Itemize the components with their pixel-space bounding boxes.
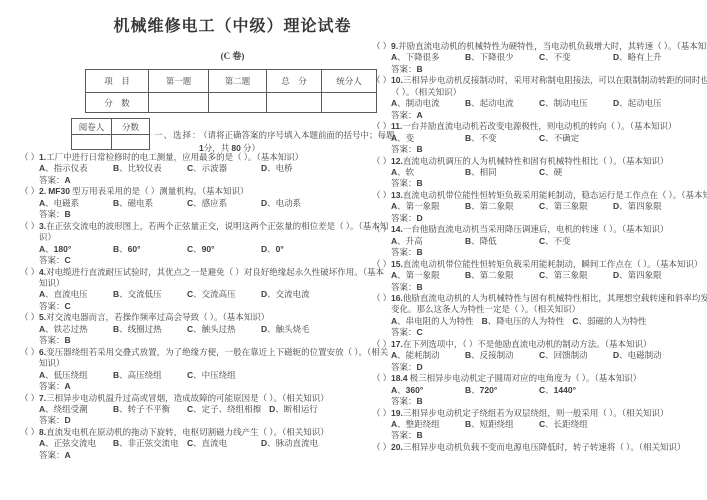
question-text: 7.三相异步电动机温升过高或冒烟，造成故障的可能原因是（ ）。（相关知识） <box>39 393 392 404</box>
option: D、触头烧毛 <box>261 324 327 335</box>
question-text: 16.他励直流电动机的人为机械特性与固有机械特性相比，其理想空载转速和斜率均发生… <box>391 293 707 316</box>
question-options: A、能耗制动B、反接制动C、回馈制动D、电磁制动 <box>391 350 707 361</box>
question-options: A、第一象限B、第二象限C、第三象限D、第四象限 <box>391 270 707 281</box>
question: （ ） 1.工厂中进行日常检修时的电工测量，应用最多的是（ ）。（基本知识） A… <box>20 152 392 186</box>
question-text: 17.在下列选项中，（ ）不是他励直流电动机的制动方法。（基本知识） <box>391 339 707 350</box>
score-cell-total <box>267 93 322 113</box>
grader-table-values-row <box>72 135 150 150</box>
score-row-label: 分 数 <box>86 93 149 113</box>
answer-bracket: （ ） <box>20 152 39 163</box>
question-answer: 答案：B <box>391 178 707 189</box>
question-options: A、电磁系B、磁电系C、感应系D、电动系 <box>39 198 392 209</box>
answer-bracket: （ ） <box>20 221 39 232</box>
option: A、整距绕组 <box>391 419 457 430</box>
question-text: 6.变压器绕组若采用交叠式放置，为了绝缘方便，一般在靠近上下磁轭的位置安放（ ）… <box>39 347 392 370</box>
answer-bracket: （ ） <box>372 408 391 419</box>
question-text: 14.一台他励直流电动机当采用降压调速后，电机的转速（ ）。（基本知识） <box>391 224 707 235</box>
question: （ ） 11.一台并励直流电动机若改变电源极性，则电动机的转向（ ）。（基本知识… <box>372 121 707 155</box>
question-text: 15.直流电动机带位能性恒转矩负载采用能耗制动，瞬间工作点在（ ）。（基本知识） <box>391 259 707 270</box>
score-header-item: 项 目 <box>86 70 149 93</box>
option: B、第二象限 <box>465 270 531 281</box>
option: A、直流电压 <box>39 289 105 300</box>
question-options: A、直流电压B、交流低压C、交流高压D、交流电流 <box>39 289 392 300</box>
question-text: 12.直流电动机调压的人为机械特性和固有机械特性相比（ ）。（基本知识） <box>391 156 707 167</box>
option: D、0° <box>261 244 327 255</box>
option: B、磁电系 <box>113 198 179 209</box>
option: A、铁芯过热 <box>39 324 105 335</box>
option: A、制动电流 <box>391 98 457 109</box>
answer-bracket: （ ） <box>372 156 391 167</box>
score-table-header-row: 项 目 第一题 第二题 总 分 统分人 <box>86 70 377 93</box>
question-options: A、180°B、60°C、90°D、0° <box>39 244 392 255</box>
option: C、感应系 <box>187 198 253 209</box>
option: A、360° <box>391 385 457 396</box>
question: （ ） 20.三相异步电动机负载不变而电源电压降低时，转子转速将（ ）。（相关知… <box>372 442 707 453</box>
option: B、反接制动 <box>465 350 531 361</box>
question-text: 9.并励直流电动机的机械特性为硬特性，当电动机负载增大时，其转速（ ）。（基本知… <box>391 41 707 52</box>
grader-cell-score <box>112 135 150 150</box>
option: C、硬 <box>539 167 605 178</box>
answer-bracket: （ ） <box>372 259 391 270</box>
question-answer: 答案：B <box>391 64 707 75</box>
question: （ ） 14.一台他励直流电动机当采用降压调速后，电机的转速（ ）。（基本知识）… <box>372 224 707 258</box>
option: A、串电阻的人为特性 <box>391 316 474 327</box>
option: A、电磁系 <box>39 198 105 209</box>
question: （ ） 3.在正弦交流电的波形图上，若两个正弦量正交，说明这两个正弦量的相位差是… <box>20 221 392 267</box>
question-text: 1.工厂中进行日常检修时的电工测量，应用最多的是（ ）。（基本知识） <box>39 152 392 163</box>
answer-bracket: （ ） <box>20 186 39 197</box>
answer-bracket: （ ） <box>20 347 39 358</box>
question-text: 13.直流电动机带位能性恒转矩负载采用能耗制动，稳态运行是工作点在（ ）。（基本… <box>391 190 707 201</box>
option: D、断相运行 <box>269 404 335 415</box>
question-text: 10.三相异步电动机反接制动时，采用对称制电阻接法，可以在限制制动转距的同时也限… <box>391 75 707 98</box>
question: （ ） 4.对电缆进行直流耐压试验时，其优点之一是避免（ ）对良好绝缘起永久性破… <box>20 267 392 313</box>
option: C、弱磁的人为特性 <box>572 316 646 327</box>
question-answer: 答案：B <box>391 396 707 407</box>
question-options: A、铁芯过热B、线圈过热C、触头过热D、触头烧毛 <box>39 324 392 335</box>
option: B、60° <box>113 244 179 255</box>
option: C、不变 <box>539 52 605 63</box>
question-answer: 答案：A <box>39 175 392 186</box>
question-options: A、整距绕组B、短距绕组C、长距绕组 <box>391 419 707 430</box>
option: B、非正弦交流电 <box>113 438 179 449</box>
question-options: A、串电阻的人为特性B、降电压的人为特性C、弱磁的人为特性 <box>391 316 707 327</box>
question-options: A、第一象限B、第二象限C、第三象限D、第四象限 <box>391 201 707 212</box>
answer-bracket: （ ） <box>372 293 391 304</box>
option: D、交流电流 <box>261 289 327 300</box>
answer-bracket: （ ） <box>372 442 391 453</box>
section-label: 一、选择： <box>154 129 202 141</box>
score-cell-grader <box>322 93 377 113</box>
score-header-q1: 第一题 <box>149 70 209 93</box>
score-cell-q1 <box>149 93 209 113</box>
score-header-grader: 统分人 <box>322 70 377 93</box>
option: C、示波器 <box>187 163 253 174</box>
option: A、绕组受潮 <box>39 404 105 415</box>
question-text: 19.三相异步电动机定子绕组若为双层绕组，则一般采用（ ）。（相关知识） <box>391 408 707 419</box>
option: C、定子、绕组相擦 <box>187 404 261 415</box>
score-header-total: 总 分 <box>267 70 322 93</box>
option: D、第四象限 <box>613 201 679 212</box>
answer-bracket: （ ） <box>372 224 391 235</box>
question: （ ） 18.4 极三相异步电动机定子圆周对应的电角度为（ ）。（基本知识） A… <box>372 373 707 407</box>
answer-bracket: （ ） <box>372 339 391 350</box>
option: A、下降很多 <box>391 52 457 63</box>
option: B、第二象限 <box>465 201 531 212</box>
question-options: A、绕组受潮B、转子不平衡C、定子、绕组相擦D、断相运行 <box>39 404 392 415</box>
question-text: 11.一台并励直流电动机若改变电源极性，则电动机的转向（ ）。（基本知识） <box>391 121 707 132</box>
question-answer: 答案：D <box>391 362 707 373</box>
question-options: A、指示仪表B、比较仪表C、示波器D、电桥 <box>39 163 392 174</box>
option: C、第三象限 <box>539 270 605 281</box>
answer-bracket: （ ） <box>20 427 39 438</box>
question-options: A、360°B、720°C、1440° <box>391 385 707 396</box>
option: C、直流电 <box>187 438 253 449</box>
question-options: A、软B、相同C、硬 <box>391 167 707 178</box>
answer-bracket: （ ） <box>20 312 39 323</box>
question-answer: 答案：B <box>391 247 707 258</box>
option: B、相同 <box>465 167 531 178</box>
score-table-values-row: 分 数 <box>86 93 377 113</box>
option: C、90° <box>187 244 253 255</box>
option: A、正弦交流电 <box>39 438 105 449</box>
option: B、转子不平衡 <box>113 404 179 415</box>
question-answer: 答案：B <box>391 144 707 155</box>
option: B、高压绕组 <box>113 370 179 381</box>
question: （ ） 7.三相异步电动机温升过高或冒烟，造成故障的可能原因是（ ）。（相关知识… <box>20 393 392 427</box>
answer-bracket: （ ） <box>372 373 391 384</box>
option: C、制动电压 <box>539 98 605 109</box>
question: （ ） 16.他励直流电动机的人为机械特性与固有机械特性相比，其理想空载转速和斜… <box>372 293 707 339</box>
question-options: A、变B、不变C、不确定 <box>391 133 707 144</box>
question-options: A、制动电流B、起动电流C、制动电压D、起动电压 <box>391 98 707 109</box>
question-options: A、正弦交流电B、非正弦交流电C、直流电D、脉动直流电 <box>39 438 392 449</box>
option: B、交流低压 <box>113 289 179 300</box>
page-title: 机械维修电工（中级）理论试卷 <box>0 13 465 36</box>
answer-bracket: （ ） <box>372 121 391 132</box>
option: C、不确定 <box>539 133 605 144</box>
option: D、起动电压 <box>613 98 679 109</box>
grader-cell-reviewer <box>72 135 112 150</box>
answer-bracket: （ ） <box>372 75 391 86</box>
option: B、比较仪表 <box>113 163 179 174</box>
option: B、线圈过热 <box>113 324 179 335</box>
option: D、脉动直流电 <box>261 438 327 449</box>
option: C、第三象限 <box>539 201 605 212</box>
question-answer: 答案：C <box>39 301 392 312</box>
answer-bracket: （ ） <box>20 267 39 278</box>
question-answer: 答案：C <box>391 327 707 338</box>
question-text: 5.对交流电器而言，若操作频率过高会导致（ ）。（基本知识） <box>39 312 392 323</box>
question: （ ） 19.三相异步电动机定子绕组若为双层绕组，则一般采用（ ）。（相关知识）… <box>372 408 707 442</box>
option: B、720° <box>465 385 531 396</box>
option: C、交流高压 <box>187 289 253 300</box>
question: （ ） 12.直流电动机调压的人为机械特性和固有机械特性相比（ ）。（基本知识）… <box>372 156 707 190</box>
option: D、略有上升 <box>613 52 679 63</box>
question: （ ） 2. MF30 型万用表采用的是（ ）测量机构。（基本知识） A、电磁系… <box>20 186 392 220</box>
question-answer: 答案：C <box>39 255 392 266</box>
option: C、1440° <box>539 385 605 396</box>
option: D、第四象限 <box>613 270 679 281</box>
question: （ ） 6.变压器绕组若采用交叠式放置，为了绝缘方便，一般在靠近上下磁轭的位置安… <box>20 347 392 393</box>
option: C、触头过热 <box>187 324 253 335</box>
option: B、起动电流 <box>465 98 531 109</box>
option: C、长距绕组 <box>539 419 605 430</box>
question-options: A、升高B、降低C、不变 <box>391 236 707 247</box>
option: A、指示仪表 <box>39 163 105 174</box>
option: D、电桥 <box>261 163 327 174</box>
option: D、电动系 <box>261 198 327 209</box>
question-answer: 答案：A <box>39 381 392 392</box>
option: A、软 <box>391 167 457 178</box>
question-answer: 答案：A <box>391 110 707 121</box>
question-answer: 答案：D <box>39 415 392 426</box>
option: A、升高 <box>391 236 457 247</box>
question: （ ） 5.对交流电器而言，若操作频率过高会导致（ ）。（基本知识） A、铁芯过… <box>20 312 392 346</box>
question: （ ） 17.在下列选项中，（ ）不是他励直流电动机的制动方法。（基本知识） A… <box>372 339 707 373</box>
answer-bracket: （ ） <box>20 393 39 404</box>
score-cell-q2 <box>209 93 267 113</box>
question-options: A、下降很多B、下降很少C、不变D、略有上升 <box>391 52 707 63</box>
score-header-q2: 第二题 <box>209 70 267 93</box>
question: （ ） 9.并励直流电动机的机械特性为硬特性，当电动机负载增大时，其转速（ ）。… <box>372 41 707 75</box>
option: A、能耗制动 <box>391 350 457 361</box>
answer-bracket: （ ） <box>372 190 391 201</box>
questions-column-right: （ ） 9.并励直流电动机的机械特性为硬特性，当电动机负载增大时，其转速（ ）。… <box>372 41 707 453</box>
option: C、不变 <box>539 236 605 247</box>
option: B、短距绕组 <box>465 419 531 430</box>
questions-column-left: （ ） 1.工厂中进行日常检修时的电工测量，应用最多的是（ ）。（基本知识） A… <box>20 152 392 461</box>
question-list-right: （ ） 9.并励直流电动机的机械特性为硬特性，当电动机负载增大时，其转速（ ）。… <box>372 41 707 453</box>
option: B、降低 <box>465 236 531 247</box>
question-options: A、低压绕组B、高压绕组C、中压绕组 <box>39 370 392 381</box>
question: （ ） 15.直流电动机带位能性恒转矩负载采用能耗制动，瞬间工作点在（ ）。（基… <box>372 259 707 293</box>
question-answer: 答案：B <box>391 282 707 293</box>
question-text: 18.4 极三相异步电动机定子圆周对应的电角度为（ ）。（基本知识） <box>391 373 707 384</box>
option: B、下降很少 <box>465 52 531 63</box>
option: B、不变 <box>465 133 531 144</box>
grader-table: 阅卷人 分数 <box>71 118 150 150</box>
question-answer: 答案：B <box>39 335 392 346</box>
question-answer: 答案：B <box>391 430 707 441</box>
option: A、低压绕组 <box>39 370 105 381</box>
question-answer: 答案：D <box>391 213 707 224</box>
question-text: 2. MF30 型万用表采用的是（ ）测量机构。（基本知识） <box>39 186 392 197</box>
question: （ ） 10.三相异步电动机反接制动时，采用对称制电阻接法，可以在限制制动转距的… <box>372 75 707 121</box>
question-text: 20.三相异步电动机负载不变而电源电压降低时，转子转速将（ ）。（相关知识） <box>391 442 707 453</box>
question-text: 8.直流发电机在原动机的拖动下旋转，电枢切割磁力线产生（ ）。（相关知识） <box>39 427 392 438</box>
answer-bracket: （ ） <box>372 41 391 52</box>
option: A、第一象限 <box>391 270 457 281</box>
score-table: 项 目 第一题 第二题 总 分 统分人 分 数 <box>85 69 377 113</box>
grader-header-reviewer: 阅卷人 <box>72 119 112 135</box>
question: （ ） 8.直流发电机在原动机的拖动下旋转，电枢切割磁力线产生（ ）。（相关知识… <box>20 427 392 461</box>
question-answer: 答案：A <box>39 450 392 461</box>
grader-table-header-row: 阅卷人 分数 <box>72 119 150 135</box>
question-answer: 答案：B <box>39 209 392 220</box>
option: C、中压绕组 <box>187 370 253 381</box>
option: A、第一象限 <box>391 201 457 212</box>
option: D、电磁制动 <box>613 350 679 361</box>
grader-header-score: 分数 <box>112 119 150 135</box>
option: A、180° <box>39 244 105 255</box>
question-text: 3.在正弦交流电的波形图上，若两个正弦量正交，说明这两个正弦量的相位差是（ ）。… <box>39 221 392 244</box>
question-list-left: （ ） 1.工厂中进行日常检修时的电工测量，应用最多的是（ ）。（基本知识） A… <box>20 152 392 461</box>
option: B、降电压的人为特性 <box>482 316 565 327</box>
exam-paper-page: 机械维修电工（中级）理论试卷 (C 卷) 项 目 第一题 第二题 总 分 统分人… <box>0 0 707 500</box>
question-text: 4.对电缆进行直流耐压试验时，其优点之一是避免（ ）对良好绝缘起永久性破坏作用。… <box>39 267 392 290</box>
option: A、变 <box>391 133 457 144</box>
question: （ ） 13.直流电动机带位能性恒转矩负载采用能耗制动，稳态运行是工作点在（ ）… <box>372 190 707 224</box>
option: C、回馈制动 <box>539 350 605 361</box>
